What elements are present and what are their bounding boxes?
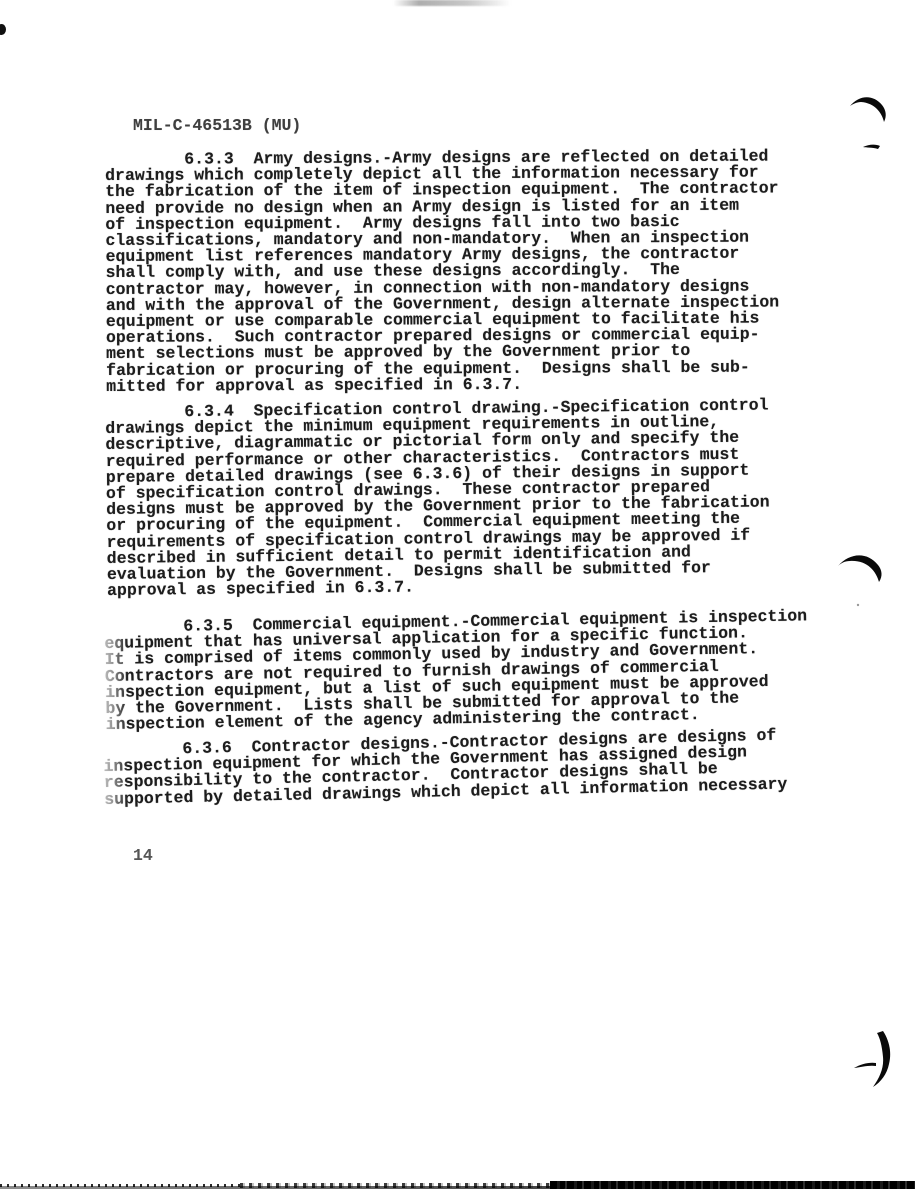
paragraph-6-3-6: 6.3.6 Contractor designs.-Contractor des… <box>103 727 788 807</box>
scan-edge-band-bottom <box>0 1178 915 1189</box>
page-number: 14 <box>133 848 153 864</box>
pen-hook-bottom-right-icon <box>853 1030 897 1094</box>
pen-arc-mid-right-icon <box>836 548 888 610</box>
smudge-top-center <box>393 0 511 6</box>
scan-fade-overlay <box>92 626 128 826</box>
scan-band-right-dense <box>550 1181 915 1189</box>
pen-arc-top-right-icon <box>849 92 891 154</box>
paragraph-6-3-4: 6.3.4 Specification control drawing.-Spe… <box>105 397 771 599</box>
document-id: MIL-C-46513B (MU) <box>133 118 301 134</box>
scanned-document-page: MIL-C-46513B (MU) 6.3.3 Army designs.-Ar… <box>0 0 915 1189</box>
ink-dot-left-edge <box>0 24 6 35</box>
paragraph-6-3-3: 6.3.3 Army designs.-Army designs are ref… <box>105 148 780 395</box>
paragraph-6-3-5: 6.3.5 Commercial equipment.-Commercial e… <box>104 608 809 733</box>
